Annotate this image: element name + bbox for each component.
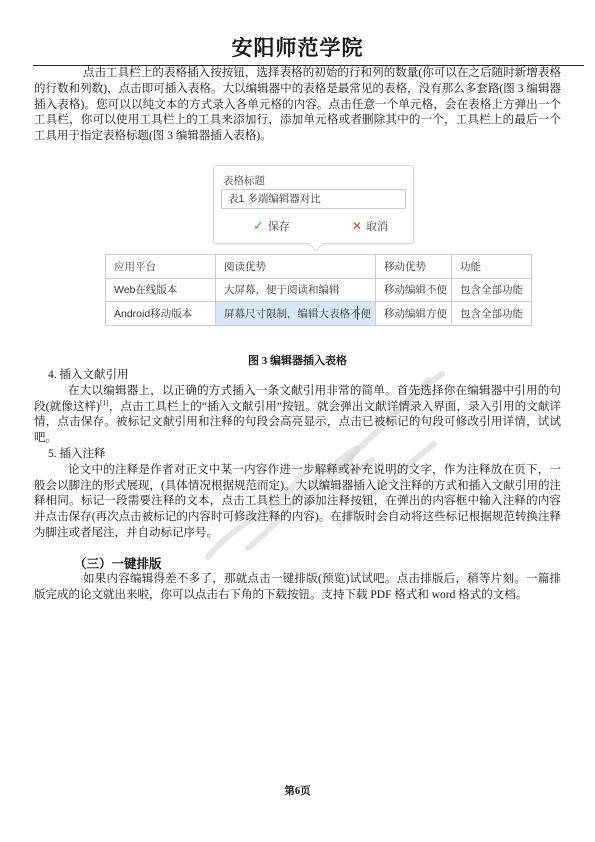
figure-editor-table-screenshot: 表格标题 ✓ 保存 ✕ 取消 应用平台 阅读优势 <box>34 162 561 348</box>
page-content: 点击工具栏上的表格插入按按钮，选择表格的初始的行和列的数量(你可以在之后随时新增… <box>0 66 595 603</box>
save-button-label: 保存 <box>268 218 290 234</box>
table-title-input[interactable] <box>221 189 406 209</box>
text-cursor <box>357 306 358 320</box>
section-4-paragraph: 在大以编辑器上，以正确的方式插入一条文献引用非常的简单。首先选择你在编辑器中引用… <box>34 384 561 447</box>
table-cell[interactable]: Android移动版本 <box>106 301 216 325</box>
table-title-label: 表格标题 <box>223 173 265 188</box>
table-row: Android移动版本 屏幕尺寸限制，编辑大表格不便 移动编辑方便 包含全部功能 <box>106 301 532 325</box>
table-cell[interactable]: 包含全部功能 <box>452 278 532 301</box>
col-header-reading[interactable]: 阅读优势 <box>216 254 376 278</box>
dialog-buttons: ✓ 保存 ✕ 取消 <box>214 218 413 234</box>
page-number: 第6页 <box>0 783 595 798</box>
table-cell[interactable]: 移动编辑不便 <box>376 278 452 301</box>
section-5-heading: 5. 插入注释 <box>34 447 561 463</box>
col-header-mobility[interactable]: 移动优势 <box>376 254 452 278</box>
figure-caption: 图 3 编辑器插入表格 <box>34 352 561 368</box>
section-3-heading: （三）一键排版 <box>34 554 561 572</box>
page-title: 安阳师范学院 <box>0 32 595 62</box>
cancel-button-label: 取消 <box>366 218 388 234</box>
section-5-paragraph: 论文中的注释是作者对正文中某一内容作进一步解释或补充说明的文字，作为注释放在页下… <box>34 463 561 542</box>
section-4-text-post: ，点击工具栏上的“插入文献引用”按钮。就会弹出文献详情录入界面，录入引用的文献详… <box>34 401 561 445</box>
cancel-button[interactable]: ✕ 取消 <box>352 218 388 234</box>
col-header-platform[interactable]: 应用平台 <box>106 254 216 278</box>
citation-marker: [1] <box>100 398 109 407</box>
table-cell[interactable]: 包含全部功能 <box>452 301 532 325</box>
section-3-paragraph: 如果内容编辑得差不多了，那就点击一键排版(预览)试试吧。点击排版后，稍等片刻。一… <box>34 572 561 604</box>
save-button[interactable]: ✓ 保存 <box>253 218 290 234</box>
section-4-heading: 4. 插入文献引用 <box>34 368 561 384</box>
table-cell-editing[interactable]: 屏幕尺寸限制，编辑大表格不便 <box>216 301 376 325</box>
comparison-table: 应用平台 阅读优势 移动优势 功能 Web在线版本 大屏幕，便于阅读和编辑 移动… <box>105 254 532 326</box>
check-icon: ✓ <box>253 218 264 234</box>
table-cell[interactable]: 大屏幕，便于阅读和编辑 <box>216 278 376 301</box>
table-header-row: 应用平台 阅读优势 移动优势 功能 <box>106 254 532 278</box>
table-cell-text: 屏幕尺寸限制，编辑大表格不便 <box>224 308 371 320</box>
col-header-features[interactable]: 功能 <box>452 254 532 278</box>
table-cell[interactable]: Web在线版本 <box>106 278 216 301</box>
table-cell[interactable]: 移动编辑方便 <box>376 301 452 325</box>
table-title-dialog: 表格标题 ✓ 保存 ✕ 取消 <box>213 165 414 244</box>
close-icon: ✕ <box>352 219 362 233</box>
document-page: 安阳师范学院 点击工具栏上的表格插入按按钮，选择表格的初始的行和列的数量(你可以… <box>0 0 595 842</box>
dialog-caret-down <box>308 235 325 252</box>
paragraph-insert-table: 点击工具栏上的表格插入按按钮，选择表格的初始的行和列的数量(你可以在之后随时新增… <box>34 66 561 145</box>
table-row: Web在线版本 大屏幕，便于阅读和编辑 移动编辑不便 包含全部功能 <box>106 278 532 301</box>
